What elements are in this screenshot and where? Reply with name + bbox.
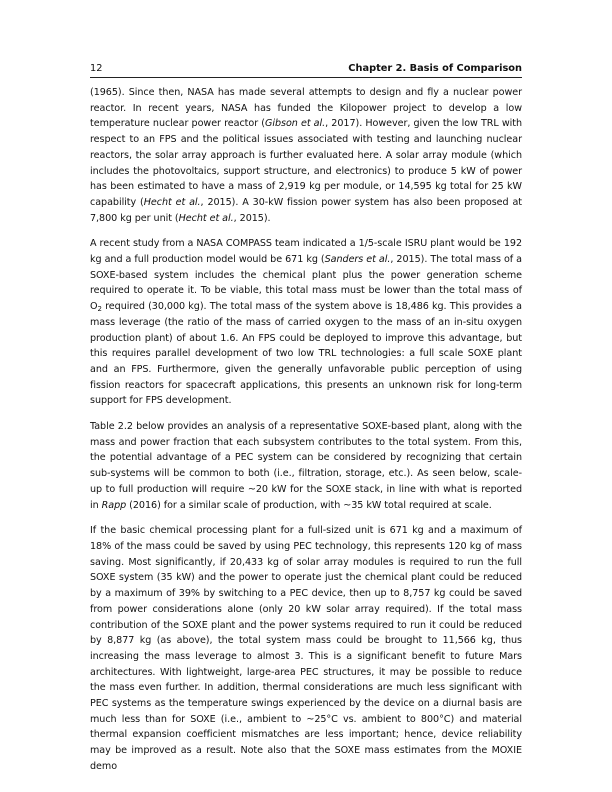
text-run: Table 2.2 below provides an analysis of … bbox=[90, 421, 522, 511]
text-run: , 2015). bbox=[234, 213, 271, 224]
citation: Rapp bbox=[102, 500, 127, 511]
citation: Hecht et al. bbox=[144, 197, 201, 208]
paragraph: (1965). Since then, NASA has made severa… bbox=[90, 85, 522, 226]
citation: Gibson et al. bbox=[265, 118, 325, 129]
paragraph: If the basic chemical processing plant f… bbox=[90, 523, 522, 774]
citation: Sanders et al. bbox=[325, 254, 391, 265]
body-text: (1965). Since then, NASA has made severa… bbox=[90, 85, 522, 775]
document-page: 12 Chapter 2. Basis of Comparison (1965)… bbox=[90, 60, 522, 785]
text-run: (2016) for a similar scale of production… bbox=[126, 500, 492, 511]
text-run: , 2017). However, given the low TRL with… bbox=[90, 118, 522, 208]
running-header: 12 Chapter 2. Basis of Comparison bbox=[90, 60, 522, 78]
text-run: If the basic chemical processing plant f… bbox=[90, 525, 522, 772]
citation: Hecht et al. bbox=[179, 213, 234, 224]
paragraph: A recent study from a NASA COMPASS team … bbox=[90, 236, 522, 409]
chapter-title: Chapter 2. Basis of Comparison bbox=[348, 63, 522, 74]
page-number: 12 bbox=[90, 63, 102, 74]
paragraph: Table 2.2 below provides an analysis of … bbox=[90, 419, 522, 513]
text-run: required (30,000 kg). The total mass of … bbox=[90, 301, 522, 406]
